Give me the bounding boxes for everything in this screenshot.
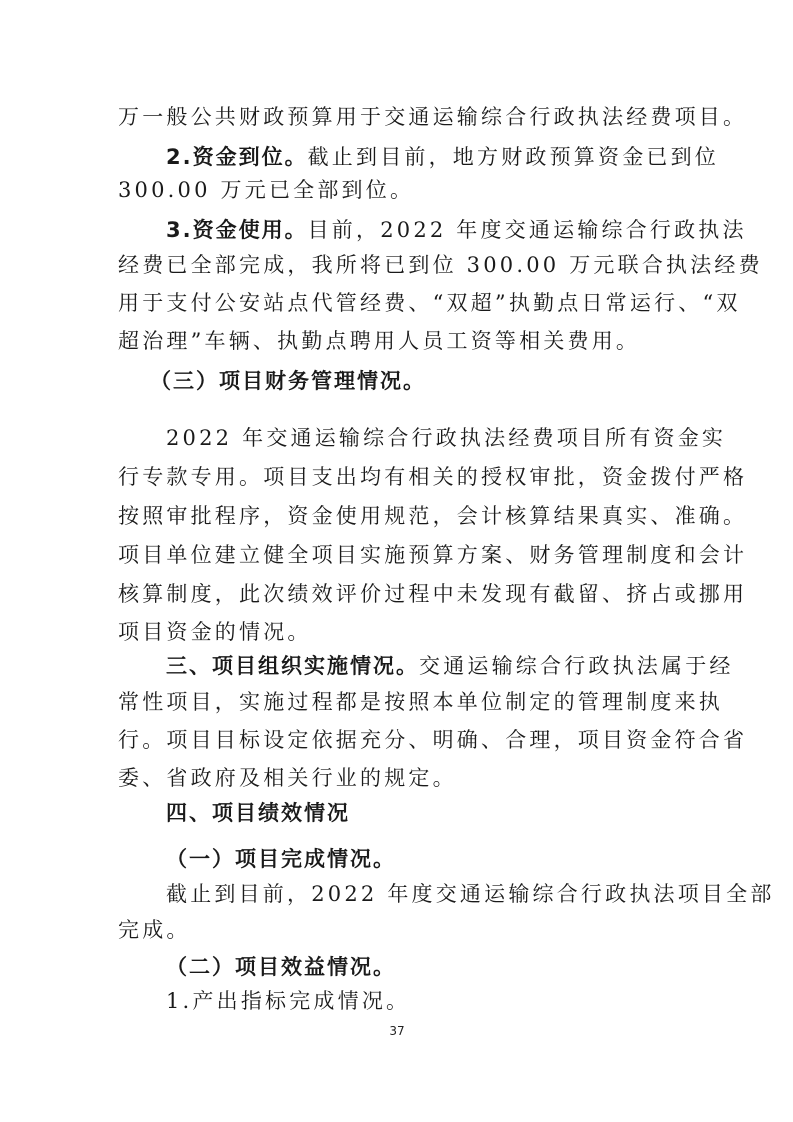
paragraph-line: 2022 年交通运输综合行政执法经费项目所有资金实 [166, 424, 672, 452]
heading-project-benefits: （二）项目效益情况。 [166, 955, 396, 979]
line-text: 超治理”车辆、执勤点聘用人员工资等相关费用。 [118, 329, 640, 353]
line-text: 行。项目目标设定依据充分、明确、合理，项目资金符合省 [118, 728, 747, 752]
paragraph-line: 核算制度，此次绩效评价过程中未发现有截留、挤占或挪用 [118, 580, 672, 608]
paragraph-line: 四、项目绩效情况 [166, 799, 672, 827]
line-text: 交通运输综合行政执法属于经 [419, 654, 734, 678]
paragraph-line: （一）项目完成情况。 [166, 845, 672, 873]
heading-fund-arrival: 2.资金到位。 [166, 145, 308, 169]
paragraph-line: 完成。 [118, 916, 672, 944]
line-text: 1.产出指标完成情况。 [166, 989, 410, 1013]
line-text: 万一般公共财政预算用于交通运输综合行政执法经费项目。 [118, 105, 747, 129]
paragraph-line: （二）项目效益情况。 [166, 953, 672, 981]
paragraph-line: 按照审批程序，资金使用规范，会计核算结果真实、准确。 [118, 502, 672, 530]
line-text: 截止到目前，地方财政预算资金已到位 [308, 145, 719, 169]
paragraph-line: 常性项目，实施过程都是按照本单位制定的管理制度来执 [118, 688, 672, 716]
line-text: 项目资金的情况。 [118, 620, 312, 644]
paragraph-line: 项目资金的情况。 [118, 618, 672, 646]
line-text: 常性项目，实施过程都是按照本单位制定的管理制度来执 [118, 690, 723, 714]
heading-project-implementation: 三、项目组织实施情况。 [166, 654, 419, 678]
paragraph-line: 经费已全部完成，我所将已到位 300.00 万元联合执法经费 [118, 251, 672, 279]
heading-project-completion: （一）项目完成情况。 [166, 847, 396, 871]
line-text: 项目单位建立健全项目实施预算方案、财务管理制度和会计 [118, 543, 747, 567]
line-text: 目前，2022 年度交通运输综合行政执法 [308, 218, 747, 242]
heading-financial-management: （三）项目财务管理情况。 [150, 369, 426, 393]
line-text: 经费已全部完成，我所将已到位 300.00 万元联合执法经费 [118, 253, 763, 277]
paragraph-line: 1.产出指标完成情况。 [166, 987, 672, 1015]
line-text: 2022 年交通运输综合行政执法经费项目所有资金实 [166, 426, 726, 450]
document-page: 万一般公共财政预算用于交通运输综合行政执法经费项目。 2.资金到位。截止到目前，… [0, 0, 793, 1122]
line-text: 行专款专用。项目支出均有相关的授权审批，资金拨付严格 [118, 465, 747, 489]
paragraph-line: 超治理”车辆、执勤点聘用人员工资等相关费用。 [118, 327, 672, 355]
paragraph-line: 三、项目组织实施情况。交通运输综合行政执法属于经 [166, 652, 672, 680]
paragraph-line: 截止到目前，2022 年度交通运输综合行政执法项目全部 [166, 880, 672, 908]
paragraph-line: 委、省政府及相关行业的规定。 [118, 764, 672, 792]
paragraph-line: 2.资金到位。截止到目前，地方财政预算资金已到位 [166, 143, 672, 171]
paragraph-line: 行专款专用。项目支出均有相关的授权审批，资金拨付严格 [118, 463, 672, 491]
paragraph-line: 300.00 万元已全部到位。 [118, 176, 672, 204]
line-text: 用于支付公安站点代管经费、“双超”执勤点日常运行、“双 [118, 291, 741, 315]
line-text: 委、省政府及相关行业的规定。 [118, 766, 457, 790]
paragraph-line: 行。项目目标设定依据充分、明确、合理，项目资金符合省 [118, 726, 672, 754]
line-text: 完成。 [118, 918, 191, 942]
line-text: 300.00 万元已全部到位。 [118, 178, 414, 202]
line-text: 按照审批程序，资金使用规范，会计核算结果真实、准确。 [118, 504, 747, 528]
line-text: 截止到目前，2022 年度交通运输综合行政执法项目全部 [166, 882, 775, 906]
line-text: 核算制度，此次绩效评价过程中未发现有截留、挤占或挪用 [118, 582, 747, 606]
page-number: 37 [386, 1024, 408, 1038]
paragraph-line: 用于支付公安站点代管经费、“双超”执勤点日常运行、“双 [118, 289, 672, 317]
paragraph-line: （三）项目财务管理情况。 [150, 367, 672, 395]
heading-project-performance: 四、项目绩效情况 [166, 801, 350, 825]
paragraph-line: 项目单位建立健全项目实施预算方案、财务管理制度和会计 [118, 541, 672, 569]
paragraph-line: 3.资金使用。目前，2022 年度交通运输综合行政执法 [166, 216, 672, 244]
paragraph-line: 万一般公共财政预算用于交通运输综合行政执法经费项目。 [118, 103, 672, 131]
heading-fund-usage: 3.资金使用。 [166, 218, 308, 242]
